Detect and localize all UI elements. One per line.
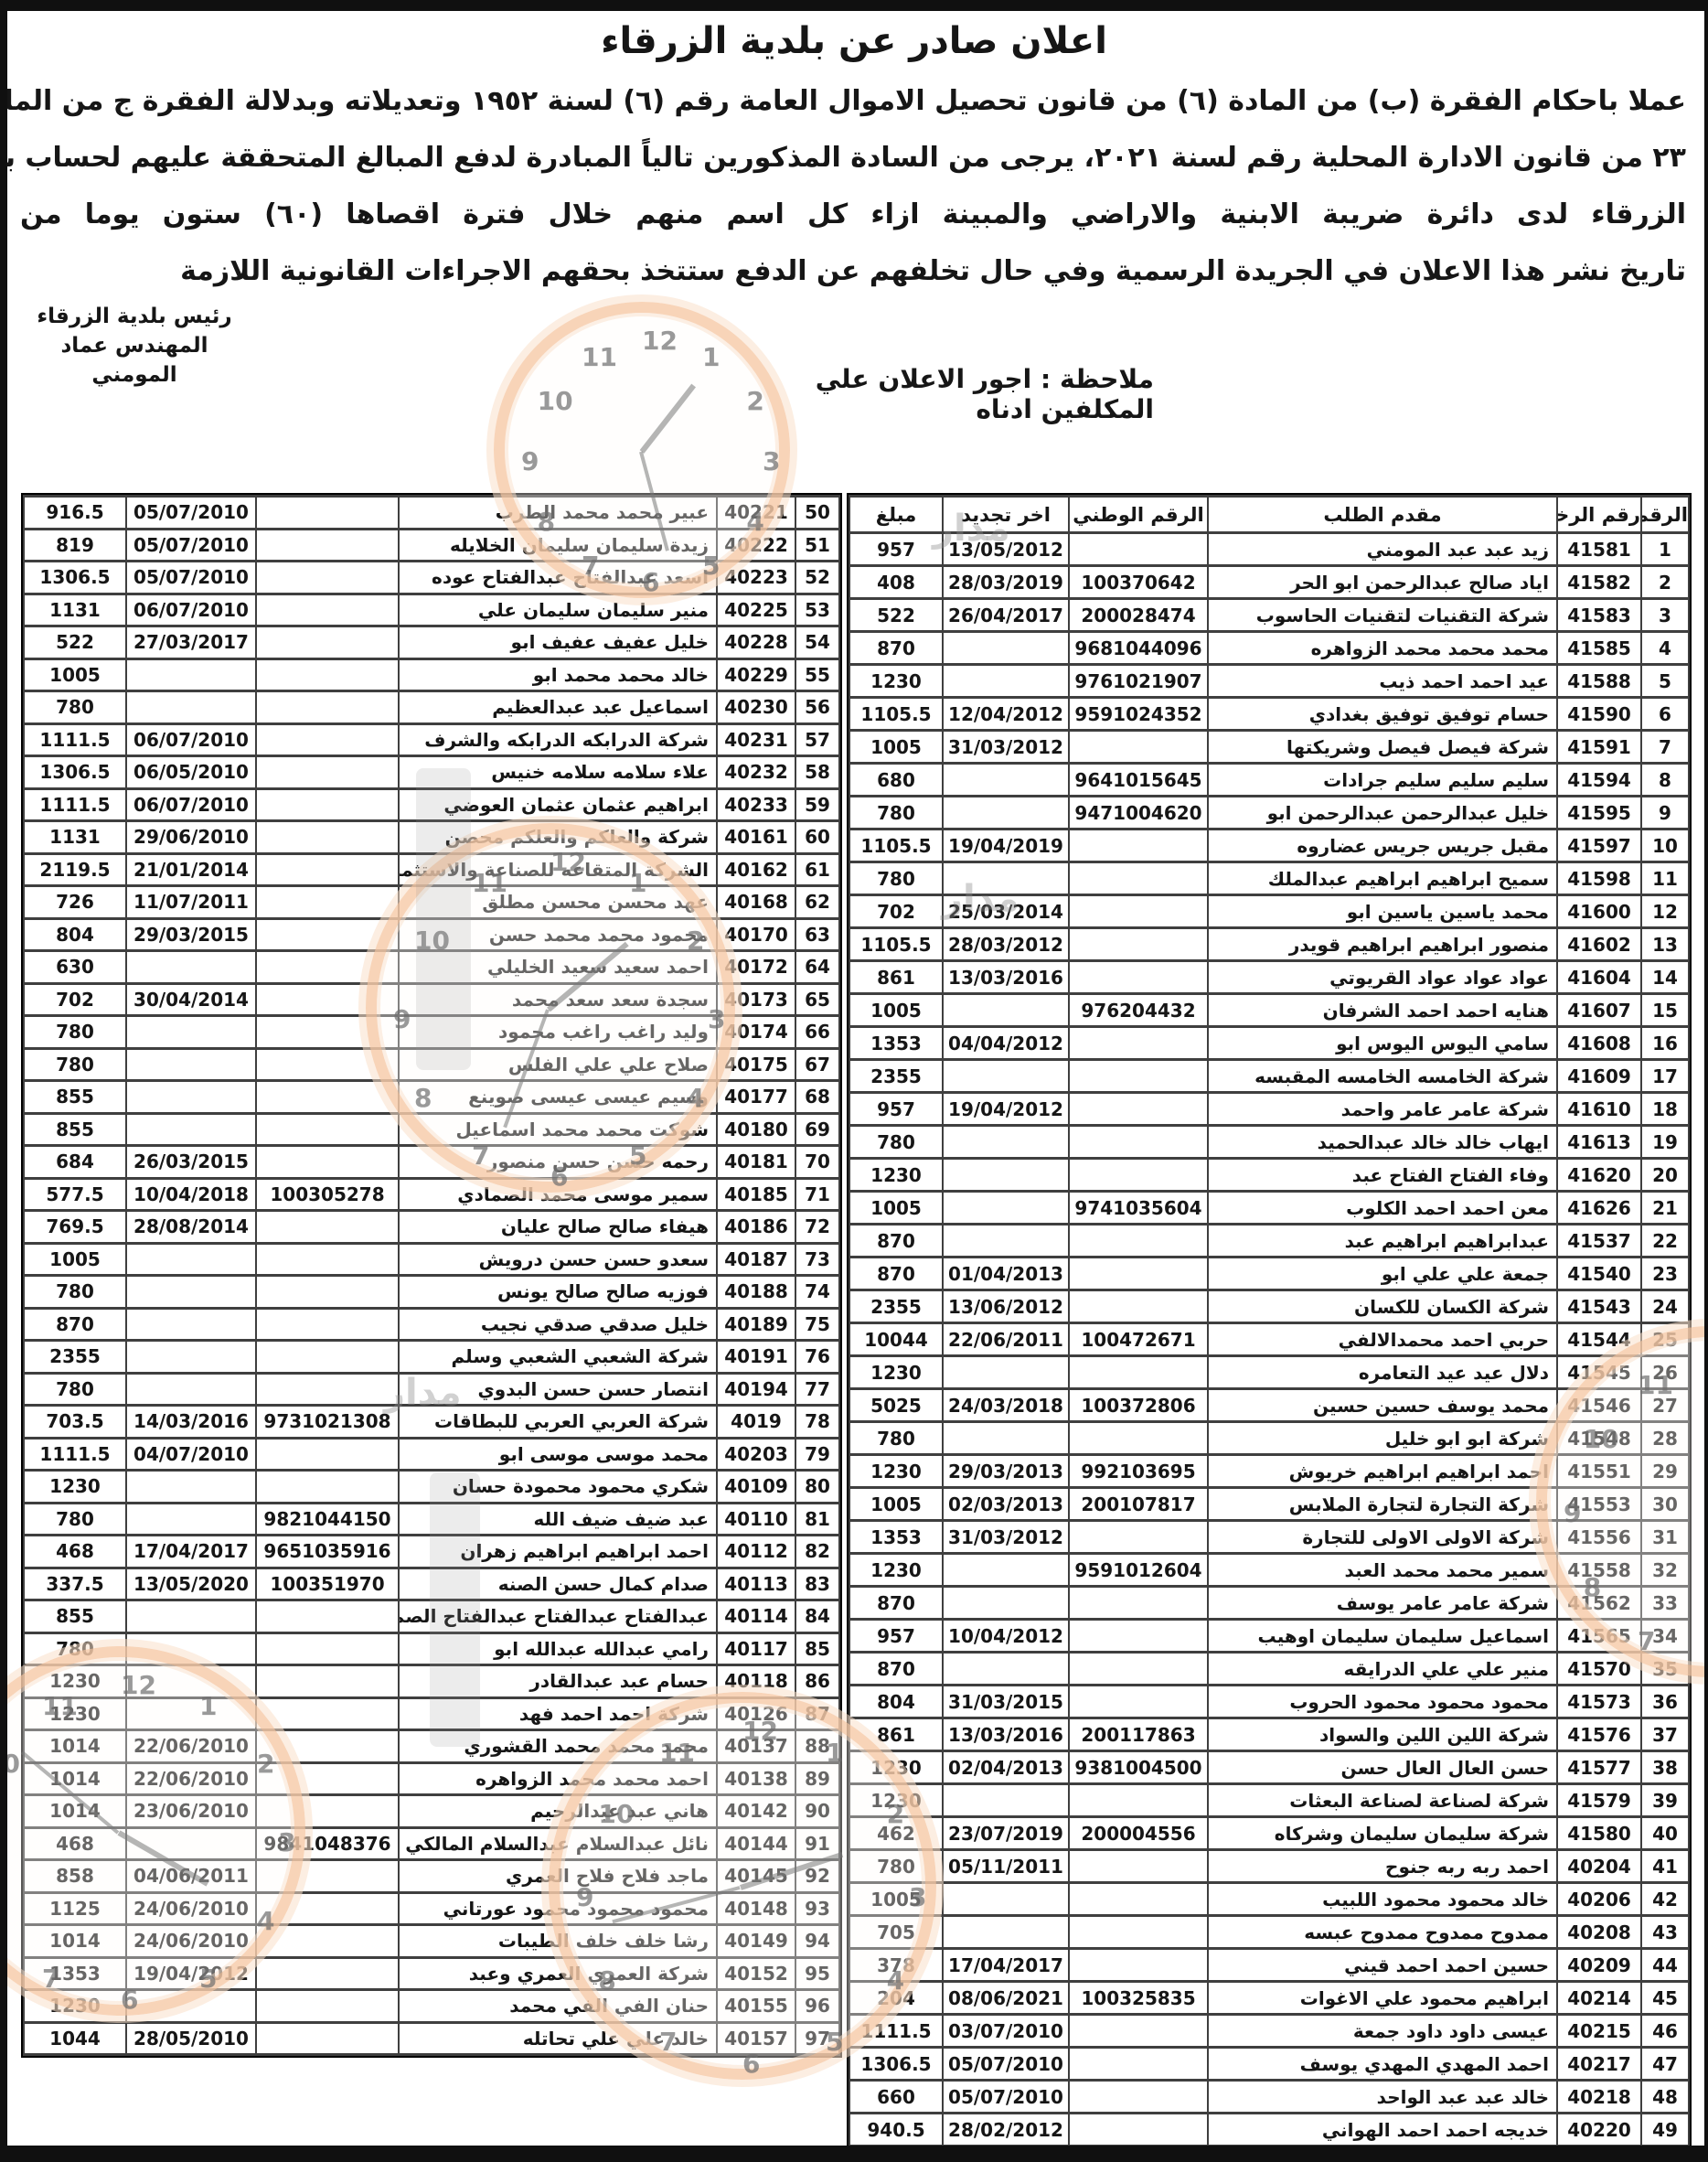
- table-row: 8740126شركة احمد احمد فهد1230: [24, 1697, 839, 1730]
- cell-amount: 703.5: [24, 1406, 126, 1439]
- cell-national: [1069, 1060, 1208, 1093]
- cell-national: [1069, 1093, 1208, 1126]
- cell-renewal: 04/07/2010: [126, 1438, 256, 1471]
- cell-amount: 780: [849, 862, 943, 895]
- cell-license: 40221: [717, 497, 795, 530]
- cell-serial: 69: [795, 1113, 839, 1146]
- cell-serial: 11: [1641, 862, 1689, 895]
- cell-national: [256, 1016, 399, 1049]
- cell-license: 40168: [717, 886, 795, 919]
- clock-number: 12: [642, 326, 678, 356]
- cell-national: [256, 1957, 399, 1990]
- cell-applicant: هنايه احمد احمد الشرفان: [1208, 994, 1557, 1027]
- cell-renewal: 21/01/2014: [126, 853, 256, 886]
- cell-national: [1069, 533, 1208, 566]
- cell-amount: 1306.5: [24, 562, 126, 594]
- cell-serial: 23: [1641, 1258, 1689, 1290]
- cell-national: [256, 1276, 399, 1309]
- cell-applicant: نائل عبدالسلام عبدالسلام المالكي: [399, 1827, 717, 1860]
- cell-renewal: [126, 951, 256, 984]
- cell-national: [256, 1211, 399, 1244]
- cell-national: 9381004500: [1069, 1751, 1208, 1784]
- cell-serial: 61: [795, 853, 839, 886]
- cell-license: 4019: [717, 1406, 795, 1439]
- table-row: 6440172احمد سعيد سعيد الخليلي630: [24, 951, 839, 984]
- table-row: 2441543شركة الكسان للكسان13/06/20122355: [849, 1290, 1689, 1323]
- cell-national: [1069, 1422, 1208, 1455]
- cell-amount: 1014: [24, 1925, 126, 1958]
- cell-renewal: 24/06/2010: [126, 1925, 256, 1958]
- table-row: 7140185سمير موسى محمد الصمادي10030527810…: [24, 1178, 839, 1211]
- cell-national: [1069, 1883, 1208, 1916]
- cell-license: 41558: [1557, 1554, 1641, 1587]
- table-row: 9240145ماجد فلاح فلاح العمري04/06/201185…: [24, 1860, 839, 1893]
- cell-renewal: [126, 1016, 256, 1049]
- table-row: 1441604عواد عواد عواد القريوتي13/03/2016…: [849, 961, 1689, 994]
- table-row: 6340170محمود محمد محمد حسن29/03/2015804: [24, 918, 839, 951]
- cell-renewal: [126, 1373, 256, 1406]
- cell-serial: 35: [1641, 1653, 1689, 1686]
- table-row: 9140144نائل عبدالسلام عبدالسلام المالكي9…: [24, 1827, 839, 1860]
- cell-serial: 16: [1641, 1027, 1689, 1060]
- cell-national: [1069, 2114, 1208, 2146]
- cell-license: 41565: [1557, 1620, 1641, 1653]
- cell-serial: 8: [1641, 764, 1689, 797]
- cell-license: 41544: [1557, 1323, 1641, 1356]
- table-row: 2641545دلال عيد عيد التعامره1230: [849, 1356, 1689, 1389]
- cell-renewal: 03/07/2010: [943, 2015, 1069, 2048]
- cell-license: 40142: [717, 1795, 795, 1828]
- cell-license: 40228: [717, 626, 795, 659]
- table-row: 8940138احمد محمد محمد الزواهره22/06/2010…: [24, 1762, 839, 1795]
- cell-serial: 43: [1641, 1916, 1689, 1949]
- cell-applicant: حسام توفيق توفيق بغدادي: [1208, 698, 1557, 731]
- cell-license: 40148: [717, 1892, 795, 1925]
- cell-applicant: شركة اللين اللين والسواد: [1208, 1718, 1557, 1751]
- cell-license: 40144: [717, 1827, 795, 1860]
- right-table-wrapper: الرقم رقم الرخصة مقدم الطلب الرقم الوطني…: [849, 495, 1690, 2147]
- cell-applicant: حسن العال العال حسن: [1208, 1751, 1557, 1784]
- table-row: 1741609شركة الخامسه الخامسه المقبسه2355: [849, 1060, 1689, 1093]
- table-row: 5440228خليل عفيف عفيف ابو27/03/2017522: [24, 626, 839, 659]
- cell-serial: 68: [795, 1081, 839, 1114]
- cell-renewal: 28/02/2012: [943, 2114, 1069, 2146]
- cell-license: 41595: [1557, 797, 1641, 829]
- cell-amount: 1230: [24, 1665, 126, 1698]
- cell-license: 40110: [717, 1503, 795, 1536]
- cell-amount: 1131: [24, 594, 126, 626]
- cell-serial: 46: [1641, 2015, 1689, 2048]
- cell-renewal: [126, 1503, 256, 1536]
- cell-renewal: 28/03/2012: [943, 928, 1069, 961]
- cell-license: 40112: [717, 1536, 795, 1568]
- cell-renewal: 13/05/2020: [126, 1568, 256, 1600]
- cell-renewal: 12/04/2012: [943, 698, 1069, 731]
- scanned-announcement-page: { "header": { "title": "اعلان صادر عن بل…: [0, 0, 1708, 2162]
- cell-amount: 1105.5: [849, 698, 943, 731]
- cell-national: [256, 529, 399, 562]
- cell-serial: 21: [1641, 1192, 1689, 1225]
- cell-renewal: [126, 691, 256, 724]
- table-row: 4041580شركة سليمان سليمان وشركاه20000455…: [849, 1817, 1689, 1850]
- cell-license: 40117: [717, 1632, 795, 1665]
- table-row: 1941613ايهاب خالد خالد عبدالحميد780: [849, 1126, 1689, 1159]
- cell-applicant: سمير محمد محمد العبد: [1208, 1554, 1557, 1587]
- cell-serial: 20: [1641, 1159, 1689, 1192]
- cell-serial: 52: [795, 562, 839, 594]
- cell-renewal: [126, 1632, 256, 1665]
- table-row: 1341602منصور ابراهيم ابراهيم قويدر28/03/…: [849, 928, 1689, 961]
- cell-renewal: [943, 1653, 1069, 1686]
- body-line: ٢٣ من قانون الادارة المحلية رقم لسنة ٢٠٢…: [20, 130, 1686, 187]
- cell-serial: 86: [795, 1665, 839, 1698]
- cell-amount: 522: [24, 626, 126, 659]
- cell-national: 9731021308: [256, 1406, 399, 1439]
- cell-amount: 462: [849, 1817, 943, 1850]
- cell-applicant: شركة التقنيات لتقنيات الحاسوب: [1208, 599, 1557, 632]
- cell-serial: 39: [1641, 1784, 1689, 1817]
- table-row: 3441565اسماعيل سليمان سليمان اوهيب10/04/…: [849, 1620, 1689, 1653]
- cell-renewal: [943, 1159, 1069, 1192]
- cell-amount: 2355: [849, 1060, 943, 1093]
- cell-applicant: محمد محمد محمد القشوري: [399, 1730, 717, 1763]
- cell-renewal: 17/04/2017: [943, 1949, 1069, 1982]
- cell-amount: 780: [24, 1373, 126, 1406]
- cell-renewal: 26/04/2017: [943, 599, 1069, 632]
- cell-national: 992103695: [1069, 1455, 1208, 1488]
- cell-renewal: 13/03/2016: [943, 1718, 1069, 1751]
- table-row: 4640215عيسى داود داود جمعة03/07/20101111…: [849, 2015, 1689, 2048]
- cell-national: 200107817: [1069, 1488, 1208, 1521]
- cell-national: 100372806: [1069, 1389, 1208, 1422]
- cell-serial: 1: [1641, 533, 1689, 566]
- table-row: 4240206خالد محمود محمود اللبيب1005: [849, 1883, 1689, 1916]
- cell-license: 41581: [1557, 533, 1641, 566]
- cell-national: [256, 788, 399, 821]
- cell-applicant: شركة الاولى الاولى للتجارة: [1208, 1521, 1557, 1554]
- cell-amount: 1044: [24, 2022, 126, 2055]
- cell-serial: 89: [795, 1762, 839, 1795]
- cell-license: 40209: [1557, 1949, 1641, 1982]
- table-row: 6040161شركة والعلكم والعلكم محصن29/06/20…: [24, 821, 839, 854]
- cell-national: [256, 723, 399, 756]
- cell-national: 100305278: [256, 1178, 399, 1211]
- cell-national: 9471004620: [1069, 797, 1208, 829]
- cell-license: 40137: [717, 1730, 795, 1763]
- cell-renewal: [943, 764, 1069, 797]
- cell-serial: 93: [795, 1892, 839, 1925]
- cell-license: 41590: [1557, 698, 1641, 731]
- cell-license: 41537: [1557, 1225, 1641, 1258]
- cell-national: [256, 983, 399, 1016]
- cell-applicant: شوكت محمد محمد اسماعيل: [399, 1113, 717, 1146]
- cell-license: 40229: [717, 658, 795, 691]
- cell-national: [1069, 1850, 1208, 1883]
- cell-amount: 855: [24, 1081, 126, 1114]
- cell-national: [256, 951, 399, 984]
- table-row: 3241558سمير محمد محمد العبد9591012604123…: [849, 1554, 1689, 1587]
- table-row: 5240223اسعد عبدالفتاح عبدالفتاح عوده05/0…: [24, 562, 839, 594]
- cell-applicant: مقبل جريس جريس عضاروه: [1208, 829, 1557, 862]
- table-row: 5840232علاء سلامه سلامه خنيس06/05/201013…: [24, 756, 839, 789]
- cell-license: 40189: [717, 1308, 795, 1341]
- cell-renewal: [126, 1990, 256, 2023]
- cell-license: 40222: [717, 529, 795, 562]
- table-row: 7940203محمد موسى موسى ابو04/07/20101111.…: [24, 1438, 839, 1471]
- cell-applicant: وسيم عيسى عيسى صوينع: [399, 1081, 717, 1114]
- cell-license: 40230: [717, 691, 795, 724]
- cell-applicant: خليل عفيف عفيف ابو: [399, 626, 717, 659]
- cell-amount: 780: [24, 1048, 126, 1081]
- table-row: 9340148محمود محمود محمود عورتاني24/06/20…: [24, 1892, 839, 1925]
- table-row: 4840218خالد عبد عبد الواحد05/07/2010660: [849, 2081, 1689, 2114]
- table-row: 4440209حسين احمد احمد قيني17/04/2017378: [849, 1949, 1689, 1982]
- cell-amount: 1111.5: [849, 2015, 943, 2048]
- cell-serial: 60: [795, 821, 839, 854]
- cell-applicant: منير سليمان سليمان علي: [399, 594, 717, 626]
- cell-renewal: [126, 1471, 256, 1504]
- cell-renewal: [126, 1341, 256, 1374]
- cell-serial: 47: [1641, 2048, 1689, 2081]
- cell-national: [1069, 1356, 1208, 1389]
- cell-renewal: 22/06/2011: [943, 1323, 1069, 1356]
- table-row: 1541607هنايه احمد احمد الشرفان9762044321…: [849, 994, 1689, 1027]
- cell-renewal: 23/07/2019: [943, 1817, 1069, 1850]
- cell-license: 40194: [717, 1373, 795, 1406]
- cell-license: 40217: [1557, 2048, 1641, 2081]
- cell-applicant: محمد يوسف حسين حسين: [1208, 1389, 1557, 1422]
- cell-national: 9821044150: [256, 1503, 399, 1536]
- cell-amount: 1230: [849, 665, 943, 698]
- cell-applicant: محمود محمود محمود عورتاني: [399, 1892, 717, 1925]
- cell-license: 41545: [1557, 1356, 1641, 1389]
- dues-table-right: الرقم رقم الرخصة مقدم الطلب الرقم الوطني…: [849, 495, 1690, 2147]
- clock-number: 9: [521, 446, 539, 476]
- cell-amount: 1014: [24, 1762, 126, 1795]
- cell-amount: 780: [24, 1503, 126, 1536]
- cell-renewal: 19/04/2019: [943, 829, 1069, 862]
- clock-number: 8: [0, 1906, 3, 1936]
- cell-license: 40170: [717, 918, 795, 951]
- table-row: 8140110عبد ضيف ضيف الله9821044150780: [24, 1503, 839, 1536]
- cell-renewal: [126, 1827, 256, 1860]
- cell-serial: 81: [795, 1503, 839, 1536]
- cell-national: 200117863: [1069, 1718, 1208, 1751]
- table-row: 9040142هاني عبد عبدالرحيم23/06/20101014: [24, 1795, 839, 1828]
- cell-renewal: [943, 1225, 1069, 1258]
- cell-amount: 702: [24, 983, 126, 1016]
- cell-renewal: 23/06/2010: [126, 1795, 256, 1828]
- cell-license: 40223: [717, 562, 795, 594]
- cell-applicant: شركة والعلكم والعلكم محصن: [399, 821, 717, 854]
- cell-renewal: 14/03/2016: [126, 1406, 256, 1439]
- cell-license: 41580: [1557, 1817, 1641, 1850]
- cell-serial: 56: [795, 691, 839, 724]
- cell-amount: 1131: [24, 821, 126, 854]
- cell-applicant: سعدو حسن حسن درويش: [399, 1243, 717, 1276]
- cell-applicant: خالد محمود محمود اللبيب: [1208, 1883, 1557, 1916]
- table-row: 1241600محمد ياسين ياسين ابو25/03/2014702: [849, 895, 1689, 928]
- cell-national: 976204432: [1069, 994, 1208, 1027]
- cell-amount: 702: [849, 895, 943, 928]
- cell-applicant: شركة لصناعة لصناعة البعثات: [1208, 1784, 1557, 1817]
- cell-renewal: [943, 1916, 1069, 1949]
- table-row: 7040181رحمه حسن حسن منصور26/03/2015684: [24, 1146, 839, 1179]
- cell-national: [1069, 895, 1208, 928]
- cell-applicant: عهد محسن محسن مطلق: [399, 886, 717, 919]
- cell-renewal: [943, 1784, 1069, 1817]
- cell-national: 9761021907: [1069, 665, 1208, 698]
- cell-national: [1069, 2048, 1208, 2081]
- cell-license: 40204: [1557, 1850, 1641, 1883]
- cell-amount: 522: [849, 599, 943, 632]
- cell-renewal: 31/03/2015: [943, 1686, 1069, 1718]
- cell-serial: 13: [1641, 928, 1689, 961]
- cell-national: [1069, 1027, 1208, 1060]
- cell-amount: 2355: [24, 1341, 126, 1374]
- cell-serial: 92: [795, 1860, 839, 1893]
- cell-license: 40181: [717, 1146, 795, 1179]
- cell-renewal: [943, 994, 1069, 1027]
- table-row: 2341540جمعة علي علي ابو01/04/2013870: [849, 1258, 1689, 1290]
- cell-license: 41546: [1557, 1389, 1641, 1422]
- cell-serial: 50: [795, 497, 839, 530]
- cell-renewal: 17/04/2017: [126, 1536, 256, 1568]
- cell-national: [256, 562, 399, 594]
- cell-national: 100325835: [1069, 1982, 1208, 2015]
- table-row: 784019شركة العربي العربي للبطاقات9731021…: [24, 1406, 839, 1439]
- cell-serial: 4: [1641, 632, 1689, 665]
- cell-applicant: سامي اليوس اليوس ابو: [1208, 1027, 1557, 1060]
- table-row: 2941551احمد ابراهيم ابراهيم خريوش9921036…: [849, 1455, 1689, 1488]
- cell-applicant: خديجه احمد احمد الهواني: [1208, 2114, 1557, 2146]
- cell-amount: 1005: [849, 731, 943, 764]
- cell-amount: 1230: [849, 1554, 943, 1587]
- table-row: 4140204احمد ربه ربه جنوح05/11/2011780: [849, 1850, 1689, 1883]
- table-row: 2841548شركة ابو ابو خليل780: [849, 1422, 1689, 1455]
- cell-renewal: 06/07/2010: [126, 788, 256, 821]
- table-row: 7640191شركة الشعبي الشعبي وسلم2355: [24, 1341, 839, 1374]
- cell-amount: 1111.5: [24, 788, 126, 821]
- cell-applicant: احمد ابراهيم ابراهيم خريوش: [1208, 1455, 1557, 1488]
- header-last-renewal: اخر تجديد: [943, 497, 1069, 533]
- cell-renewal: [943, 1554, 1069, 1587]
- cell-renewal: [126, 1276, 256, 1309]
- cell-applicant: رحمه حسن حسن منصور: [399, 1146, 717, 1179]
- cell-serial: 51: [795, 529, 839, 562]
- cell-serial: 3: [1641, 599, 1689, 632]
- cell-amount: 660: [849, 2081, 943, 2114]
- cell-applicant: الشركة المتقاعه للصناعة والاستثمار: [399, 853, 717, 886]
- cell-license: 40220: [1557, 2114, 1641, 2146]
- cell-national: [1069, 1620, 1208, 1653]
- table-row: 6740175صلاح علي علي الفلس780: [24, 1048, 839, 1081]
- cell-serial: 27: [1641, 1389, 1689, 1422]
- cell-applicant: فوزيه صالح صالح يونس: [399, 1276, 717, 1309]
- cell-amount: 916.5: [24, 497, 126, 530]
- cell-applicant: احمد ربه ربه جنوح: [1208, 1850, 1557, 1883]
- cell-license: 40152: [717, 1957, 795, 1990]
- cell-renewal: 31/03/2012: [943, 731, 1069, 764]
- table-row: 3041553شركة التجارة لتجارة الملابس200107…: [849, 1488, 1689, 1521]
- signature-block: رئيس بلدية الزرقاء المهندس عماد المومني: [20, 302, 249, 390]
- cell-serial: 70: [795, 1146, 839, 1179]
- cell-applicant: شركة الخامسه الخامسه المقبسه: [1208, 1060, 1557, 1093]
- cell-national: [1069, 928, 1208, 961]
- cell-serial: 75: [795, 1308, 839, 1341]
- table-row: 6940180شوكت محمد محمد اسماعيل855: [24, 1113, 839, 1146]
- cell-license: 41613: [1557, 1126, 1641, 1159]
- table-row: 2141626معن احمد احمد الكلوب9741035604100…: [849, 1192, 1689, 1225]
- cell-license: 40155: [717, 1990, 795, 2023]
- cell-applicant: زيدة سليمان سليمان الخلايله: [399, 529, 717, 562]
- cell-renewal: [126, 1081, 256, 1114]
- table-row: 3341562شركة عامر عامر يوسف870: [849, 1587, 1689, 1620]
- table-row: 741591شركة فيصل فيصل وشريكتها31/03/20121…: [849, 731, 1689, 764]
- table-row: 641590حسام توفيق توفيق بغدادي95910243521…: [849, 698, 1689, 731]
- cell-serial: 62: [795, 886, 839, 919]
- cell-license: 41583: [1557, 599, 1641, 632]
- cell-license: 41604: [1557, 961, 1641, 994]
- table-row: 7740194انتصار حسن حسن البدوي780: [24, 1373, 839, 1406]
- cell-applicant: ابراهيم محمود علي الاغوات: [1208, 1982, 1557, 2015]
- cell-license: 40187: [717, 1243, 795, 1276]
- cell-serial: 66: [795, 1016, 839, 1049]
- cell-serial: 55: [795, 658, 839, 691]
- cell-amount: 855: [24, 1113, 126, 1146]
- cell-renewal: 05/07/2010: [943, 2081, 1069, 2114]
- cell-applicant: ايهاب خالد خالد عبدالحميد: [1208, 1126, 1557, 1159]
- cell-serial: 96: [795, 1990, 839, 2023]
- cell-national: [256, 1373, 399, 1406]
- cell-amount: 468: [24, 1827, 126, 1860]
- cell-amount: 940.5: [849, 2114, 943, 2146]
- body-line: الزرقاء لدى دائرة ضريبة الابنية والاراضي…: [20, 187, 1686, 243]
- cell-serial: 58: [795, 756, 839, 789]
- cell-renewal: 06/07/2010: [126, 723, 256, 756]
- cell-renewal: 05/11/2011: [943, 1850, 1069, 1883]
- cell-license: 41540: [1557, 1258, 1641, 1290]
- cell-amount: 705: [849, 1916, 943, 1949]
- cell-amount: 870: [849, 1225, 943, 1258]
- signature-title: رئيس بلدية الزرقاء: [20, 302, 249, 331]
- table-row: 441585محمد محمد محمد الزواهره96810440968…: [849, 632, 1689, 665]
- cell-applicant: عبدالفتاح عبدالفتاح عبدالفتاح الصماصره: [399, 1600, 717, 1633]
- cell-serial: 90: [795, 1795, 839, 1828]
- table-row: 5040221عبير محمد محمد الطرب05/07/2010916…: [24, 497, 839, 530]
- table-row: 1641608سامي اليوس اليوس ابو04/04/2012135…: [849, 1027, 1689, 1060]
- cell-amount: 1230: [849, 1784, 943, 1817]
- cell-national: [256, 756, 399, 789]
- cell-renewal: 19/04/2012: [943, 1093, 1069, 1126]
- cell-renewal: [943, 1356, 1069, 1389]
- cell-serial: 85: [795, 1632, 839, 1665]
- cell-applicant: رشا خلف خلف الطيبات: [399, 1925, 717, 1958]
- cell-national: [256, 1600, 399, 1633]
- cell-amount: 780: [24, 1016, 126, 1049]
- cell-applicant: شركة العمري العمري وعبد: [399, 1957, 717, 1990]
- cell-applicant: شركة عامر عامر يوسف: [1208, 1587, 1557, 1620]
- cell-applicant: سمير موسى محمد الصمادي: [399, 1178, 717, 1211]
- cell-serial: 82: [795, 1536, 839, 1568]
- cell-applicant: احمد سعيد سعيد الخليلي: [399, 951, 717, 984]
- cell-applicant: خليل عبدالرحمن عبدالرحمن ابو: [1208, 797, 1557, 829]
- cell-amount: 870: [24, 1308, 126, 1341]
- cell-national: [1069, 2015, 1208, 2048]
- cell-amount: 1005: [849, 1883, 943, 1916]
- cell-amount: 1005: [24, 658, 126, 691]
- cell-national: [256, 1697, 399, 1730]
